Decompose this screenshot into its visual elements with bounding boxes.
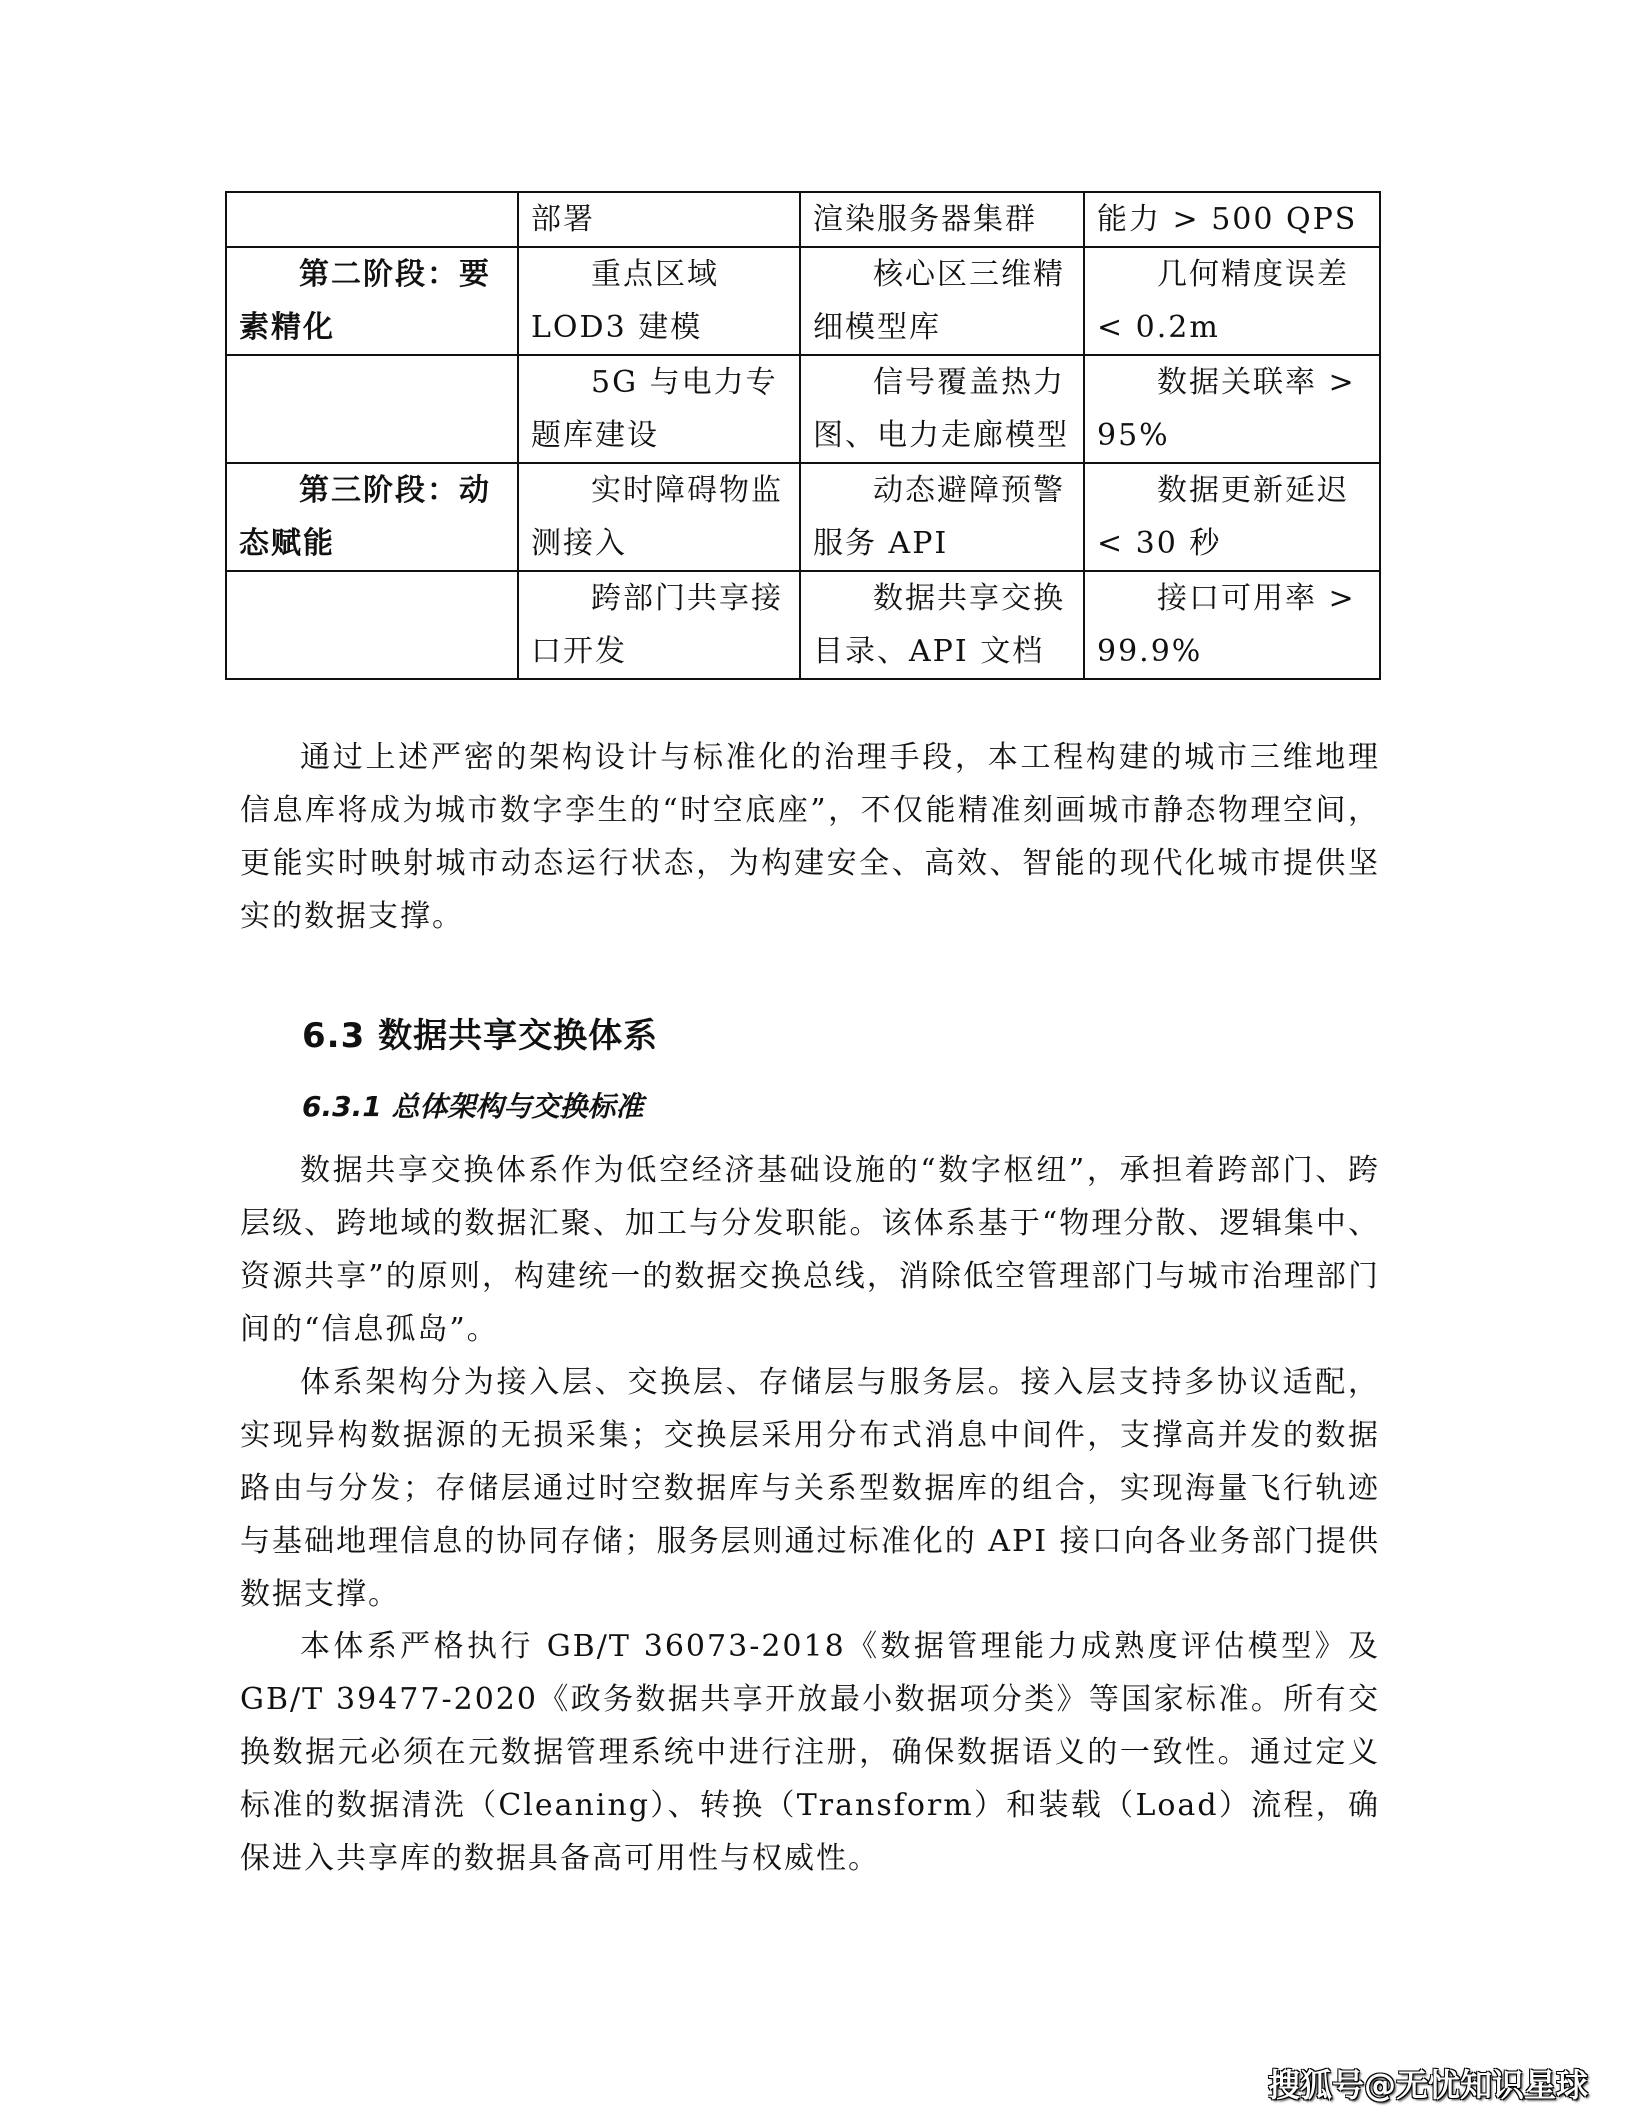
deliverable-cell: 核心区三维精细模型库 <box>800 247 1084 355</box>
table-row: 第二阶段：要素精化 重点区域 LOD3 建模 核心区三维精细模型库 几何精度误差… <box>226 247 1380 355</box>
deliverable-cell: 渲染服务器集群 <box>800 192 1084 247</box>
paragraph-text: 本体系严格执行 GB/T 36073-2018《数据管理能力成熟度评估模型》及 … <box>240 1620 1380 1885</box>
metric-cell: 能力 > 500 QPS <box>1084 192 1380 247</box>
paragraph-text: 体系架构分为接入层、交换层、存储层与服务层。接入层支持多协议适配，实现异构数据源… <box>240 1356 1380 1621</box>
watermark-text: 搜狐号@无忧知识星球 <box>1268 2060 1588 2106</box>
paragraph-text: 数据共享交换体系作为低空经济基础设施的“数字枢纽”，承担着跨部门、跨层级、跨地域… <box>240 1144 1380 1356</box>
table-row: 部署 渲染服务器集群 能力 > 500 QPS <box>226 192 1380 247</box>
conclusion-paragraph: 通过上述严密的架构设计与标准化的治理手段，本工程构建的城市三维地理信息库将成为城… <box>240 731 1380 943</box>
stage-cell <box>226 192 518 247</box>
stage-cell <box>226 571 518 679</box>
metric-cell: 数据关联率 > 95% <box>1084 355 1380 463</box>
document-page: 部署 渲染服务器集群 能力 > 500 QPS 第二阶段：要素精化 重点区域 L… <box>0 0 1632 2112</box>
deliverable-cell: 数据共享交换目录、API 文档 <box>800 571 1084 679</box>
deliverable-cell: 动态避障预警服务 API <box>800 463 1084 571</box>
metric-cell: 接口可用率 > 99.9% <box>1084 571 1380 679</box>
phase-deliverables-table: 部署 渲染服务器集群 能力 > 500 QPS 第二阶段：要素精化 重点区域 L… <box>225 191 1381 680</box>
subsection-heading: 6.3.1 总体架构与交换标准 <box>302 1085 643 1125</box>
table-row: 跨部门共享接口开发 数据共享交换目录、API 文档 接口可用率 > 99.9% <box>226 571 1380 679</box>
metric-cell: 几何精度误差 < 0.2m <box>1084 247 1380 355</box>
stage-cell <box>226 355 518 463</box>
task-cell: 5G 与电力专题库建设 <box>518 355 800 463</box>
table-row: 5G 与电力专题库建设 信号覆盖热力图、电力走廊模型 数据关联率 > 95% <box>226 355 1380 463</box>
deliverable-cell: 信号覆盖热力图、电力走廊模型 <box>800 355 1084 463</box>
metric-cell: 数据更新延迟 < 30 秒 <box>1084 463 1380 571</box>
task-cell: 部署 <box>518 192 800 247</box>
task-cell: 跨部门共享接口开发 <box>518 571 800 679</box>
stage-cell: 第二阶段：要素精化 <box>226 247 518 355</box>
task-cell: 重点区域 LOD3 建模 <box>518 247 800 355</box>
task-cell: 实时障碍物监测接入 <box>518 463 800 571</box>
section-heading: 6.3 数据共享交换体系 <box>302 1008 658 1057</box>
body-paragraph: 体系架构分为接入层、交换层、存储层与服务层。接入层支持多协议适配，实现异构数据源… <box>240 1356 1380 1621</box>
table-row: 第三阶段：动态赋能 实时障碍物监测接入 动态避障预警服务 API 数据更新延迟 … <box>226 463 1380 571</box>
paragraph-text: 通过上述严密的架构设计与标准化的治理手段，本工程构建的城市三维地理信息库将成为城… <box>240 731 1380 943</box>
stage-cell: 第三阶段：动态赋能 <box>226 463 518 571</box>
body-paragraph: 本体系严格执行 GB/T 36073-2018《数据管理能力成熟度评估模型》及 … <box>240 1620 1380 1885</box>
body-paragraph: 数据共享交换体系作为低空经济基础设施的“数字枢纽”，承担着跨部门、跨层级、跨地域… <box>240 1144 1380 1356</box>
